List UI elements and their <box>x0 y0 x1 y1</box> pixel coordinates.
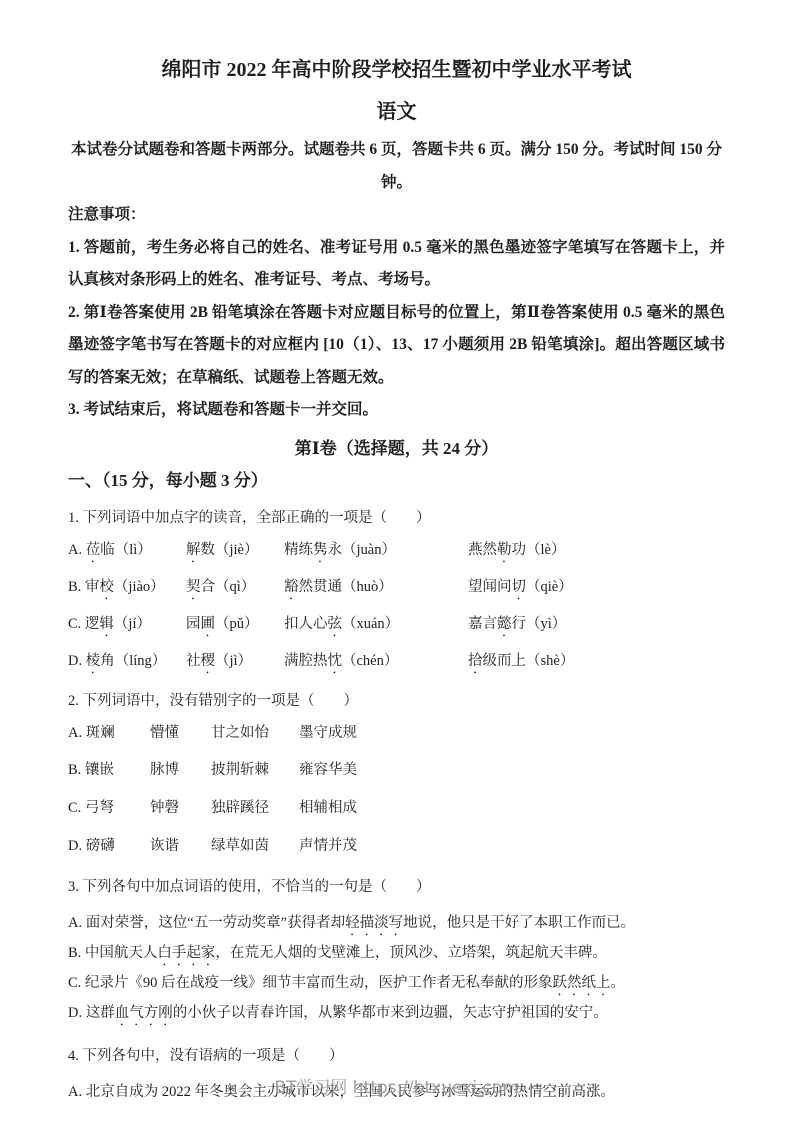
question-2-option-a: A. 斑斓 懵懂 甘之如怡 墨守成规 <box>68 723 725 745</box>
notice-heading: 注意事项： <box>68 199 725 232</box>
option-cell: 燕然勒功（lè） <box>468 540 725 566</box>
question-2-option-b: B. 镶嵌 脉博 披荆斩棘 雍容华美 <box>68 760 725 782</box>
question-3: 3. 下列各句中加点词语的使用，不恰当的一句是（ ） A. 面对荣誉，这位“五一… <box>68 874 725 1029</box>
option-cell: 懵懂 <box>150 723 211 745</box>
option-cell: C. 逻辑（jí） <box>68 614 186 640</box>
option-cell: 雍容华美 <box>299 760 725 782</box>
question-3-option-a: A. 面对荣誉，这位“五一劳动奖章”获得者却轻描淡写地说，他只是干好了本职工作而… <box>68 909 725 939</box>
option-cell: 披荆斩棘 <box>211 760 299 782</box>
option-cell: A. 斑斓 <box>68 723 150 745</box>
option-cell: 满腔热忱（chén） <box>284 651 468 677</box>
option-cell: 绿草如茵 <box>211 836 299 858</box>
option-cell: 相辅相成 <box>299 798 725 820</box>
option-cell: B. 镶嵌 <box>68 760 150 782</box>
option-cell: 精练隽永（juàn） <box>284 540 468 566</box>
option-cell: 社稷（jì） <box>186 651 284 677</box>
option-cell: D. 磅礴 <box>68 836 150 858</box>
intro-paragraph: 本试卷分试题卷和答题卡两部分。试题卷共 6 页，答题卡共 6 页。满分 150 … <box>68 134 725 199</box>
option-cell: 契合（qì） <box>186 577 284 603</box>
volume-heading: 第Ⅰ卷（选择题，共 24 分） <box>68 433 725 465</box>
option-cell: 扣人心弦（xuán） <box>284 614 468 640</box>
question-1: 1. 下列词语中加点字的读音，全部正确的一项是（ ） A. 莅临（lì） 解数（… <box>68 505 725 677</box>
question-1-option-d: D. 棱角（líng） 社稷（jì） 满腔热忱（chén） 拾级而上（shè） <box>68 651 725 677</box>
notice-item-2: 2. 第Ⅰ卷答案使用 2B 铅笔填涂在答题卡对应题目标号的位置上，第Ⅱ卷答案使用… <box>68 297 725 395</box>
question-2-option-c: C. 弓弩 钟磬 独辟蹊径 相辅相成 <box>68 798 725 820</box>
question-3-stem: 3. 下列各句中加点词语的使用，不恰当的一句是（ ） <box>68 874 725 900</box>
footer-watermark: BT学习网 https://btxuexi.com <box>0 1073 793 1098</box>
question-1-option-b: B. 审校（jiào） 契合（qì） 豁然贯通（huò） 望闻问切（qiè） <box>68 577 725 603</box>
exam-paper-page: 绵阳市 2022 年高中阶段学校招生暨初中学业水平考试 语文 本试卷分试题卷和答… <box>0 0 793 1122</box>
question-2-stem: 2. 下列词语中，没有错别字的一项是（ ） <box>68 688 725 714</box>
question-2: 2. 下列词语中，没有错别字的一项是（ ） A. 斑斓 懵懂 甘之如怡 墨守成规… <box>68 688 725 858</box>
question-1-stem: 1. 下列词语中加点字的读音，全部正确的一项是（ ） <box>68 505 725 531</box>
page-title: 绵阳市 2022 年高中阶段学校招生暨初中学业水平考试 <box>68 56 725 84</box>
question-3-option-b: B. 中国航天人白手起家，在荒无人烟的戈壁滩上，顶风沙、立塔架，筑起航天丰碑。 <box>68 939 725 969</box>
option-cell: C. 弓弩 <box>68 798 150 820</box>
part-heading: 一、（15 分，每小题 3 分） <box>68 465 725 497</box>
question-1-option-c: C. 逻辑（jí） 园圃（pǔ） 扣人心弦（xuán） 嘉言懿行（yì） <box>68 614 725 640</box>
option-cell: D. 棱角（líng） <box>68 651 186 677</box>
question-4-stem: 4. 下列各句中，没有语病的一项是（ ） <box>68 1043 725 1069</box>
option-cell: 脉博 <box>150 760 211 782</box>
option-cell: 诙谐 <box>150 836 211 858</box>
option-cell: 解数（jiè） <box>186 540 284 566</box>
option-cell: 钟磬 <box>150 798 211 820</box>
option-cell: 墨守成规 <box>299 723 725 745</box>
option-cell: 园圃（pǔ） <box>186 614 284 640</box>
option-cell: B. 审校（jiào） <box>68 577 186 603</box>
question-2-option-d: D. 磅礴 诙谐 绿草如茵 声情并茂 <box>68 836 725 858</box>
subject-title: 语文 <box>68 98 725 126</box>
question-3-option-c: C. 纪录片《90 后在战疫一线》细节丰富而生动，医护工作者无私奉献的形象跃然纸… <box>68 969 725 999</box>
notice-item-1: 1. 答题前，考生务必将自己的姓名、准考证号用 0.5 毫米的黑色墨迹签字笔填写… <box>68 232 725 297</box>
option-cell: 望闻问切（qiè） <box>468 577 725 603</box>
option-cell: 甘之如怡 <box>211 723 299 745</box>
option-cell: 豁然贯通（huò） <box>284 577 468 603</box>
option-cell: 声情并茂 <box>299 836 725 858</box>
option-cell: 拾级而上（shè） <box>468 651 725 677</box>
option-cell: 嘉言懿行（yì） <box>468 614 725 640</box>
option-cell: A. 莅临（lì） <box>68 540 186 566</box>
question-1-option-a: A. 莅临（lì） 解数（jiè） 精练隽永（juàn） 燕然勒功（lè） <box>68 540 725 566</box>
option-cell: 独辟蹊径 <box>211 798 299 820</box>
notice-item-3: 3. 考试结束后，将试题卷和答题卡一并交回。 <box>68 394 725 427</box>
question-3-option-d: D. 这群血气方刚的小伙子以青春许国，从繁华都市来到边疆，矢志守护祖国的安宁。 <box>68 999 725 1029</box>
